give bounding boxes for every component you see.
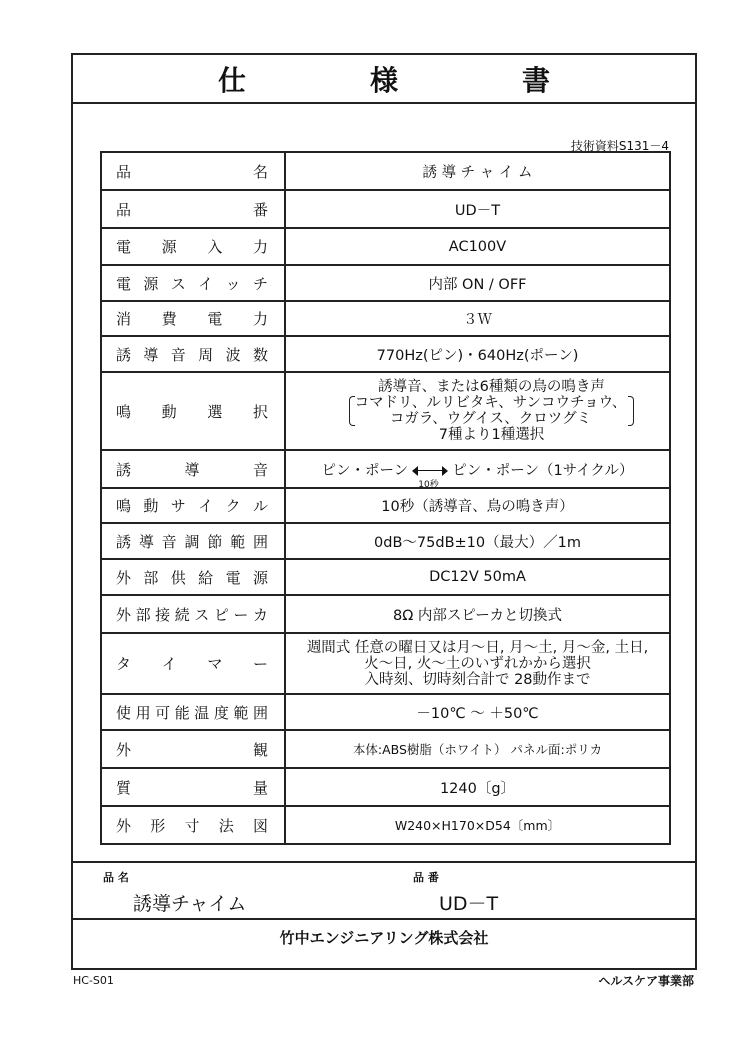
spec-value: ３Ｗ [285, 301, 670, 336]
spec-label: 品名 [101, 152, 285, 190]
spec-value: UD－T [285, 190, 670, 228]
spec-label-char: 寸 [184, 815, 199, 836]
spec-label-char: 調 [184, 531, 199, 552]
spec-label-char: 電 [116, 236, 131, 257]
spec-label-char: 誘 [116, 459, 131, 480]
spec-label-char: 度 [214, 702, 229, 723]
spec-label-char: 電 [207, 308, 222, 329]
spec-label-char: 外 [116, 739, 131, 760]
spec-label-char: 範 [230, 531, 245, 552]
spec-label-char: 外 [116, 567, 131, 588]
spec-value: 週間式 任意の曜日又は月～日, 月～土, 月～金, 土日,火～日, 火～土のいず… [285, 633, 670, 694]
footer-code: HC-S01 [73, 974, 114, 987]
spec-value-text: 内部 ON / OFF [428, 277, 526, 293]
spec-label-char: 電 [226, 567, 241, 588]
spec-row: 電源入力AC100V [101, 228, 670, 265]
spec-label: 電源スイッチ [101, 265, 285, 301]
spec-label-char: ー [253, 653, 268, 674]
spec-label-char: 誘 [116, 344, 131, 365]
spec-row: 誘導音周波数770Hz(ピン)・640Hz(ポーン) [101, 336, 670, 372]
spec-value-text: 0dB～75dB±10（最大）／1m [374, 535, 581, 551]
spec-label-char: 図 [253, 815, 268, 836]
company-name: 竹中エンジニアリング株式会社 [73, 927, 695, 948]
spec-label-char: 音 [171, 344, 186, 365]
spec-label-char: 質 [116, 777, 131, 798]
spec-label-char: 外 [116, 604, 131, 625]
spec-row: 消費電力３Ｗ [101, 301, 670, 336]
spec-label-char: 数 [253, 344, 268, 365]
spec-label-char: ル [253, 495, 268, 516]
spec-label-char: 節 [207, 531, 222, 552]
spec-label-char: 可 [155, 702, 170, 723]
model-label: 品 番 [413, 869, 439, 885]
spec-label-char: 音 [162, 531, 177, 552]
spec-value: 10秒（誘導音、鳥の鳴き声） [285, 488, 670, 523]
spec-label-char: 用 [136, 702, 151, 723]
spec-row: 外部供給電源DC12V 50mA [101, 559, 670, 595]
spec-value: 本体:ABS樹脂（ホワイト） パネル面:ポリカ [285, 730, 670, 768]
spec-label-char: 囲 [253, 702, 268, 723]
spec-row: 外観本体:ABS樹脂（ホワイト） パネル面:ポリカ [101, 730, 670, 768]
cycle-left: ピン・ポーン [322, 463, 409, 479]
spec-label-char: 誘 [116, 531, 131, 552]
spec-label-char: 供 [171, 567, 186, 588]
spec-label-char: 名 [253, 161, 268, 182]
spec-label-char: 導 [143, 344, 158, 365]
spec-label-char: 源 [253, 567, 268, 588]
spec-value-line: コマドリ、ルリビタキ、サンコウチョウ、 [355, 395, 627, 411]
spec-label-char: ピ [214, 604, 229, 625]
spec-sheet-frame: 仕 様 書 技術資料S131－4 品名誘 導 チ ャ イ ム品番UD－T電源入力… [71, 53, 697, 970]
product-name-label: 品 名 [103, 869, 129, 885]
spec-label-char: 部 [143, 567, 158, 588]
spec-label-char: 品 [116, 199, 131, 220]
title-char: 様 [370, 59, 398, 99]
spec-label: 外観 [101, 730, 285, 768]
spec-value: 0dB～75dB±10（最大）／1m [285, 523, 670, 559]
spec-value-text: －10℃ ～ ＋50℃ [416, 706, 538, 722]
spec-value-text: ３Ｗ [463, 312, 492, 328]
spec-label-char: 入 [207, 236, 222, 257]
spec-value: DC12V 50mA [285, 559, 670, 595]
spec-label-char: イ [162, 653, 177, 674]
spec-label-char: 鳴 [116, 401, 131, 422]
spec-label: 質量 [101, 768, 285, 806]
spec-row: 鳴動サイクル10秒（誘導音、鳥の鳴き声） [101, 488, 670, 523]
department: ヘルスケア事業部 [598, 972, 694, 989]
spec-value: 770Hz(ピン)・640Hz(ポーン) [285, 336, 670, 372]
spec-label-char: 導 [184, 459, 199, 480]
spec-label-char: 範 [233, 702, 248, 723]
spec-label-char: タ [116, 653, 131, 674]
spec-row: 鳴動選択誘導音、または6種類の鳥の鳴き声コマドリ、ルリビタキ、サンコウチョウ、コ… [101, 372, 670, 450]
spec-value-text: 誘 導 チ ャ イ ム [422, 165, 532, 181]
spec-label-char: 形 [150, 815, 165, 836]
spec-label: 誘導音周波数 [101, 336, 285, 372]
spec-label-char: 動 [162, 401, 177, 422]
cycle-right: ピン・ポーン（1サイクル） [452, 463, 633, 479]
spec-label-char: 力 [253, 236, 268, 257]
spec-row: 品名誘 導 チ ャ イ ム [101, 152, 670, 190]
spec-value-text: 1240〔g〕 [440, 781, 515, 797]
interval-label: 10秒 [418, 477, 438, 490]
spec-value-text: 10秒（誘導音、鳥の鳴き声） [381, 499, 573, 515]
spec-label: 誘導音 [101, 450, 285, 488]
spec-value-text: DC12V 50mA [429, 569, 526, 585]
spec-value-text: W240×H170×D54〔mm〕 [395, 818, 560, 833]
spec-value: 内部 ON / OFF [285, 265, 670, 301]
title-char: 書 [522, 59, 550, 99]
spec-label-char: 源 [162, 236, 177, 257]
spec-row: 電源スイッチ内部 ON / OFF [101, 265, 670, 301]
spec-row: 使用可能温度範囲－10℃ ～ ＋50℃ [101, 694, 670, 730]
spec-table: 品名誘 導 チ ャ イ ム品番UD－T電源入力AC100V電源スイッチ内部 ON… [100, 151, 671, 845]
spec-value: AC100V [285, 228, 670, 265]
spec-label-char: ク [226, 495, 241, 516]
spec-label-char: 接 [155, 604, 170, 625]
title-char: 仕 [218, 59, 246, 99]
spec-value: W240×H170×D54〔mm〕 [285, 806, 670, 844]
spec-value: －10℃ ～ ＋50℃ [285, 694, 670, 730]
spec-label-char: 温 [194, 702, 209, 723]
spec-label-char: 鳴 [116, 495, 131, 516]
spec-label-char: 部 [136, 604, 151, 625]
spec-label: 鳴動選択 [101, 372, 285, 450]
spec-label: 電源入力 [101, 228, 285, 265]
spec-value: 8Ω 内部スピーカと切換式 [285, 595, 670, 633]
spec-label-char: 波 [226, 344, 241, 365]
spec-label-char: ー [233, 604, 248, 625]
spec-label-char: 周 [198, 344, 213, 365]
spec-label: 外形寸法図 [101, 806, 285, 844]
title-bar: 仕 様 書 [73, 55, 695, 104]
spec-label-char: 使 [116, 702, 131, 723]
spec-label-char: 続 [175, 604, 190, 625]
spec-label-char: 源 [143, 273, 158, 294]
spec-label: 消費電力 [101, 301, 285, 336]
model-value: UD－T [439, 889, 498, 916]
spec-value: ピン・ポーン10秒ピン・ポーン（1サイクル） [285, 450, 670, 488]
spec-value-text: 770Hz(ピン)・640Hz(ポーン) [377, 348, 579, 364]
spec-label-char: ッ [226, 273, 241, 294]
spec-row: 品番UD－T [101, 190, 670, 228]
spec-value: 誘導音、または6種類の鳥の鳴き声コマドリ、ルリビタキ、サンコウチョウ、コガラ、ウ… [285, 372, 670, 450]
spec-value-line: 火～日, 火～土のいずれかから選択 [286, 656, 669, 672]
spec-label-char: 導 [139, 531, 154, 552]
product-summary: 品 名 誘導チャイム 品 番 UD－T [73, 861, 695, 920]
spec-label-char: 囲 [253, 531, 268, 552]
spec-value-line: 週間式 任意の曜日又は月～日, 月～土, 月～金, 土日, [286, 640, 669, 656]
spec-label-char: ス [194, 604, 209, 625]
spec-label-char: 択 [253, 401, 268, 422]
spec-row: 外部接続スピーカ8Ω 内部スピーカと切換式 [101, 595, 670, 633]
spec-label-char: 音 [253, 459, 268, 480]
spec-value-line: コガラ、ウグイス、クロツグミ [355, 411, 627, 427]
spec-value-text: UD－T [455, 203, 500, 219]
spec-value-text: AC100V [449, 239, 506, 255]
spec-label: 誘導音調節範囲 [101, 523, 285, 559]
spec-label: 外部接続スピーカ [101, 595, 285, 633]
spec-label-char: 電 [116, 273, 131, 294]
spec-label: タイマー [101, 633, 285, 694]
spec-label-char: 観 [253, 739, 268, 760]
spec-label-char: 費 [162, 308, 177, 329]
spec-label-char: カ [253, 604, 268, 625]
spec-label-char: ス [171, 273, 186, 294]
spec-label-char: 法 [219, 815, 234, 836]
spec-row: タイマー週間式 任意の曜日又は月～日, 月～土, 月～金, 土日,火～日, 火～… [101, 633, 670, 694]
spec-label: 品番 [101, 190, 285, 228]
spec-value-line: 入時刻、切時刻合計で 28動作まで [286, 672, 669, 688]
spec-label-char: 量 [253, 777, 268, 798]
spec-label-char: 品 [116, 161, 131, 182]
spec-row: 誘導音ピン・ポーン10秒ピン・ポーン（1サイクル） [101, 450, 670, 488]
spec-label-char: チ [253, 273, 268, 294]
spec-label-char: 外 [116, 815, 131, 836]
spec-label-char: 動 [143, 495, 158, 516]
double-arrow-icon: 10秒 [412, 466, 448, 476]
spec-label-char: 力 [253, 308, 268, 329]
spec-value-text: 本体:ABS樹脂（ホワイト） パネル面:ポリカ [353, 742, 602, 757]
spec-label: 鳴動サイクル [101, 488, 285, 523]
spec-label-char: 消 [116, 308, 131, 329]
spec-value-line: 誘導音、または6種類の鳥の鳴き声 [314, 379, 669, 395]
spec-row: 質量1240〔g〕 [101, 768, 670, 806]
product-name-value: 誘導チャイム [133, 889, 246, 916]
spec-value-text: 8Ω 内部スピーカと切換式 [393, 608, 562, 624]
spec-value: 1240〔g〕 [285, 768, 670, 806]
spec-label-char: イ [198, 495, 213, 516]
spec-label: 外部供給電源 [101, 559, 285, 595]
spec-label-char: イ [198, 273, 213, 294]
spec-label-char: 番 [253, 199, 268, 220]
spec-row: 外形寸法図W240×H170×D54〔mm〕 [101, 806, 670, 844]
spec-value: 誘 導 チ ャ イ ム [285, 152, 670, 190]
spec-label-char: 能 [175, 702, 190, 723]
spec-label-char: 給 [198, 567, 213, 588]
spec-row: 誘導音調節範囲0dB～75dB±10（最大）／1m [101, 523, 670, 559]
spec-value-line: 7種より1種選択 [314, 427, 669, 443]
spec-label-char: サ [171, 495, 186, 516]
spec-label-char: 選 [207, 401, 222, 422]
bird-list-bracket: コマドリ、ルリビタキ、サンコウチョウ、コガラ、ウグイス、クロツグミ [349, 395, 635, 427]
spec-label-char: マ [207, 653, 222, 674]
spec-label: 使用可能温度範囲 [101, 694, 285, 730]
